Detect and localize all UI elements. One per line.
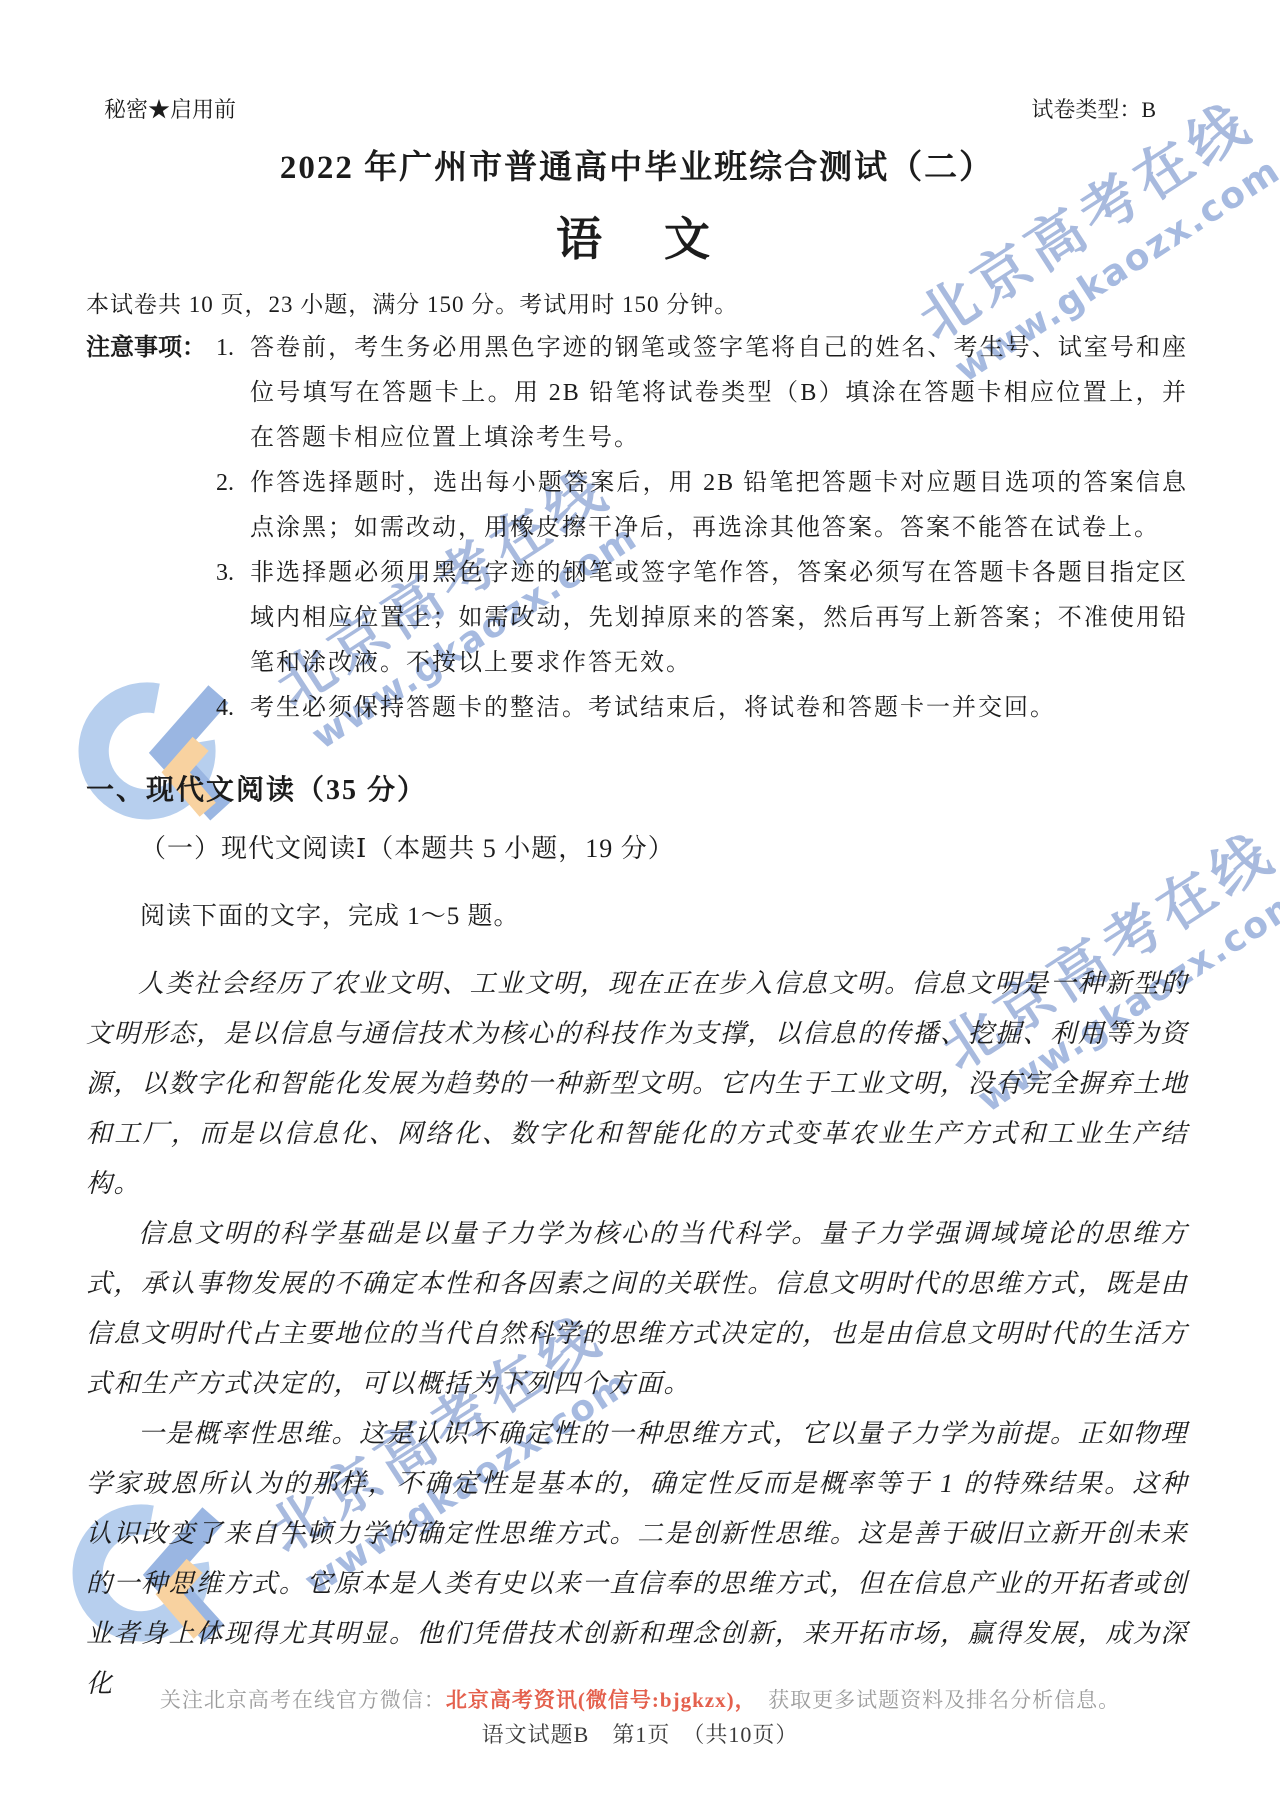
notice-item-number: 1. [216,326,250,461]
reading-task-line: 阅读下面的文字，完成 1～5 题。 [140,901,1188,933]
notice-item-text: 非选择题必须用黑色字迹的钢笔或签字笔作答，答案必须写在答题卡各题目指定区域内相应… [250,551,1188,686]
exam-info-line: 本试卷共 10 页，23 小题，满分 150 分。考试用时 150 分钟。 [86,290,1188,320]
notice-item: 1. 答卷前，考生务必用黑色字迹的钢笔或签字笔将自己的姓名、考生号、试室号和座位… [216,326,1188,461]
exam-paper-page: 北京高考在线 www.gkaozx.com 北京高考在线 www.gkaozx.… [0,0,1280,1799]
notice-item: 2. 作答选择题时，选出每小题答案后，用 2B 铅笔把答题卡对应题目选项的答案信… [216,461,1188,551]
notice-item-text: 作答选择题时，选出每小题答案后，用 2B 铅笔把答题卡对应题目选项的答案信息点涂… [250,461,1188,551]
notice-item: 4. 考生必须保持答题卡的整洁。考试结束后，将试卷和答题卡一并交回。 [216,686,1188,731]
paper-type-label: 试卷类型：B [1031,96,1156,124]
passage-paragraph: 人类社会经历了农业文明、工业文明，现在正在步入信息文明。信息文明是一种新型的文明… [86,959,1188,1209]
footer-suffix: 获取更多试题资料及排名分析信息。 [746,1688,1120,1712]
footer-wechat-highlight: 北京高考资讯(微信号:bjgkzx)， [446,1688,746,1712]
exam-title: 2022 年广州市普通高中毕业班综合测试（二） [86,148,1188,188]
notice-item-number: 4. [216,686,250,731]
security-label: 秘密★启用前 [104,96,236,124]
passage-paragraph: 信息文明的科学基础是以量子力学为核心的当代科学。量子力学强调域境论的思维方式，承… [86,1209,1188,1409]
notice-item-number: 2. [216,461,250,551]
notice-item-number: 3. [216,551,250,686]
notice-item: 3. 非选择题必须用黑色字迹的钢笔或签字笔作答，答案必须写在答题卡各题目指定区域… [216,551,1188,686]
notice-label: 注意事项： [86,326,216,731]
section-subheading: （一）现代文阅读Ⅰ（本题共 5 小题，19 分） [140,833,1188,865]
document-content: 秘密★启用前 试卷类型：B 2022 年广州市普通高中毕业班综合测试（二） 语 … [0,0,1280,1709]
reading-passage: 人类社会经历了农业文明、工业文明，现在正在步入信息文明。信息文明是一种新型的文明… [86,959,1188,1709]
page-number-footer: 语文试题B 第1页 （共10页） [0,1720,1280,1750]
notice-item-text: 答卷前，考生务必用黑色字迹的钢笔或签字笔将自己的姓名、考生号、试室号和座位号填写… [250,326,1188,461]
subject-title: 语 文 [86,214,1188,266]
notice-items: 1. 答卷前，考生务必用黑色字迹的钢笔或签字笔将自己的姓名、考生号、试室号和座位… [216,326,1188,731]
section-heading: 一、现代文阅读（35 分） [86,773,1188,809]
page-header: 秘密★启用前 试卷类型：B [86,96,1188,124]
notice-block: 注意事项： 1. 答卷前，考生务必用黑色字迹的钢笔或签字笔将自己的姓名、考生号、… [86,326,1188,731]
footer-prefix: 关注北京高考在线官方微信： [160,1688,446,1712]
notice-item-text: 考生必须保持答题卡的整洁。考试结束后，将试卷和答题卡一并交回。 [250,686,1188,731]
footer-notice: 关注北京高考在线官方微信：北京高考资讯(微信号:bjgkzx)， 获取更多试题资… [0,1686,1280,1714]
passage-paragraph: 一是概率性思维。这是认识不确定性的一种思维方式，它以量子力学为前提。正如物理学家… [86,1409,1188,1709]
